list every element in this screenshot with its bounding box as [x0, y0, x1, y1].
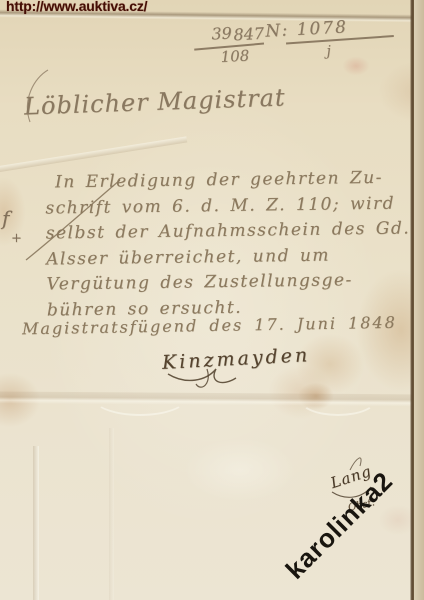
docket-fraction-denominator: 108: [220, 47, 250, 66]
body-line: selbst der Aufnahmsschein des Gd.: [46, 216, 406, 247]
margin-mark-cross: +: [11, 231, 22, 246]
auktiva-url-watermark: http://www.auktiva.cz/: [6, 0, 147, 14]
margin-mark-f: f: [2, 206, 9, 230]
scanned-letter-page: http://www.auktiva.cz/ 39 108 847 N: 107…: [0, 0, 424, 600]
docket-file-number: N: 1078: [265, 17, 349, 41]
body-line: Vergütung des Zustellungsge-: [46, 267, 406, 298]
docket-fraction-numerator: 39: [211, 23, 232, 43]
docket-file-number-suffix: j: [326, 43, 331, 59]
docket-middle-number: 847: [233, 24, 264, 45]
letter-body: In Erledigung der geehrten Zu- schrift v…: [45, 165, 407, 323]
